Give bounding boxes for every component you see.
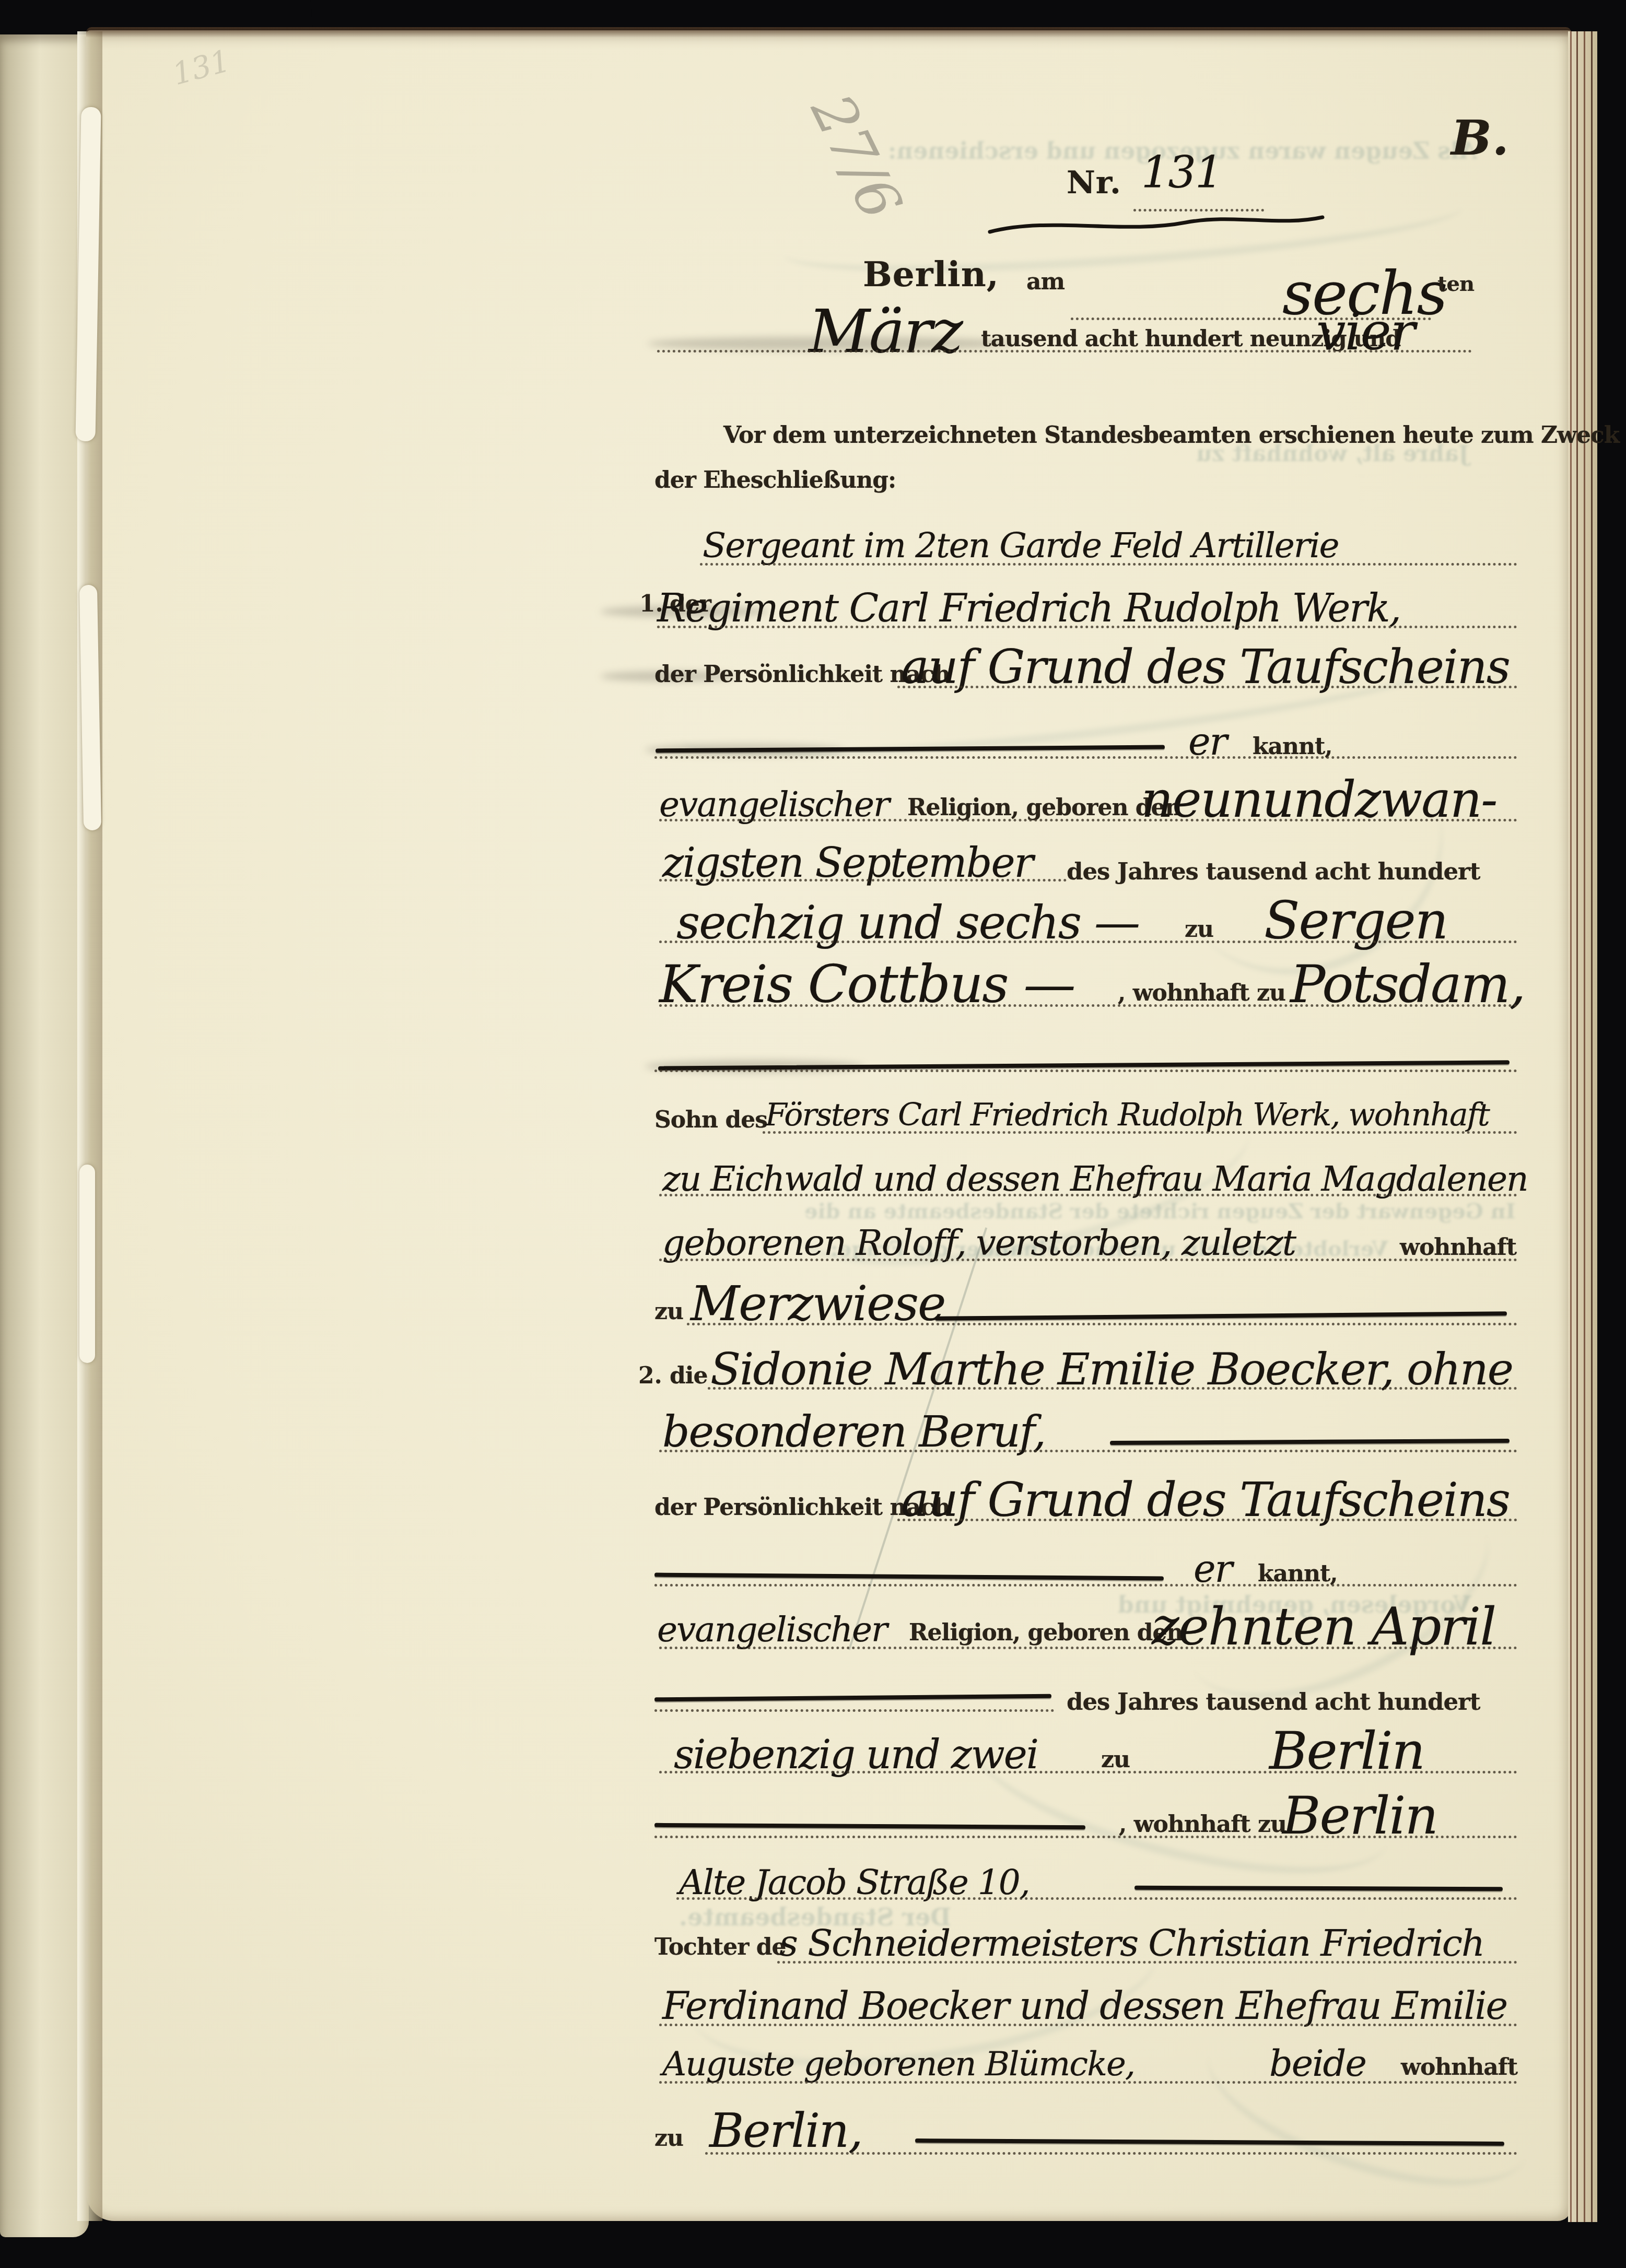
dotted-rule xyxy=(657,350,1472,352)
page-top-edge-shadow xyxy=(86,27,1571,38)
page-edge-line xyxy=(1584,31,1585,2222)
dotted-rule xyxy=(654,1070,1517,1072)
groom-birthday-handwritten: neunundzwan- xyxy=(1141,775,1496,825)
scanned-registry-page: { "colors":{"paper":"#f0ead0","ink":"#17… xyxy=(0,0,1626,2268)
corner-letter: B. xyxy=(1451,114,1510,162)
wohnhaft-zu-label: , wohnhaft zu xyxy=(1118,982,1285,1005)
er-handwritten: er xyxy=(1194,1550,1232,1588)
bride-parents-place-handwritten: Berlin, xyxy=(709,2108,862,2155)
scan-right-band xyxy=(1596,0,1626,2268)
dotted-rule xyxy=(659,819,1517,821)
day-suffix-label: ten xyxy=(1437,274,1474,295)
des-jahres-label: des Jahres tausend acht hundert xyxy=(1067,1690,1480,1713)
dotted-rule xyxy=(657,626,1517,628)
groom-district-handwritten: Kreis Cottbus — xyxy=(659,958,1074,1010)
nr-label: Nr. xyxy=(1067,167,1121,198)
flourish-underline xyxy=(987,210,1327,237)
groom-father-handwritten: Försters Carl Friedrich Rudolph Werk, wo… xyxy=(765,1099,1489,1131)
dotted-rule xyxy=(705,2152,1517,2155)
page-edge-line xyxy=(1570,31,1572,2222)
dotted-rule xyxy=(687,1323,1517,1325)
dotted-rule xyxy=(659,2081,1517,2084)
bride-birthyear-handwritten: siebenzig und zwei xyxy=(674,1735,1038,1775)
page-edge-line xyxy=(1591,31,1593,2222)
groom-residence-handwritten: Potsdam, xyxy=(1290,958,1525,1010)
religion-geboren-label: Religion, geboren den xyxy=(909,1621,1183,1644)
groom-occupation-handwritten: Sergeant im 2ten Garde Feld Artillerie xyxy=(703,528,1339,563)
zu-label: zu xyxy=(1101,1748,1130,1771)
wohnhaft-zu-label: , wohnhaft zu xyxy=(1119,1813,1286,1836)
groom-mother-handwritten: geborenen Roloff, verstorben, zuletzt xyxy=(662,1226,1295,1261)
sohn-des-label: Sohn des xyxy=(654,1109,767,1132)
month-handwritten: März xyxy=(809,302,962,362)
am-label: am xyxy=(1026,271,1064,293)
bride-residence-handwritten: Berlin xyxy=(1282,1790,1437,1842)
dotted-rule xyxy=(763,1131,1517,1134)
scan-bottom-band xyxy=(0,2219,1626,2268)
item-number-2: 2. xyxy=(638,1365,662,1388)
dotted-rule xyxy=(777,1961,1517,1964)
groom-parents2-handwritten: zu Eichwald und dessen Ehefrau Maria Mag… xyxy=(662,1162,1528,1196)
bride-name-handwritten: Sidonie Marthe Emilie Boecker, ohne xyxy=(710,1347,1513,1392)
nr-value-handwritten: 131 xyxy=(1141,150,1222,194)
dotted-rule xyxy=(659,1259,1517,1261)
dotted-rule xyxy=(659,941,1517,943)
religion-geboren-label: Religion, geboren den xyxy=(907,796,1182,819)
dotted-rule xyxy=(659,2024,1517,2026)
bride-street-handwritten: Alte Jacob Straße 10, xyxy=(679,1865,1030,1900)
dotted-rule xyxy=(659,1194,1517,1196)
dotted-rule xyxy=(897,1519,1517,1521)
kannt-label: kannt, xyxy=(1258,1562,1338,1585)
wohnhaft-label: wohnhaft xyxy=(1401,2056,1517,2079)
dotted-rule xyxy=(654,756,1517,759)
previous-page-edge xyxy=(0,34,89,2237)
kannt-label: kannt, xyxy=(1253,735,1332,758)
city-label: Berlin, xyxy=(863,257,999,291)
torn-paper-patch xyxy=(79,1165,95,1363)
article-label: die xyxy=(670,1365,707,1388)
zu-label: zu xyxy=(654,1300,683,1323)
bride-mother-handwritten: Auguste geborenen Blümcke, xyxy=(662,2048,1134,2081)
bride-occupation-handwritten: besonderen Beruf, xyxy=(662,1411,1045,1454)
er-handwritten: er xyxy=(1188,723,1226,760)
dotted-rule xyxy=(676,1897,1517,1900)
groom-parents-place-handwritten: Merzwiese xyxy=(691,1280,945,1328)
intro-line-2: der Eheschließung: xyxy=(654,469,896,492)
bride-birthplace-handwritten: Berlin xyxy=(1269,1725,1424,1777)
dotted-rule xyxy=(659,1450,1517,1452)
groom-birthyear-handwritten: sechzig und sechs — xyxy=(676,900,1139,946)
beide-handwritten: beide xyxy=(1269,2045,1366,2082)
des-jahres-label: des Jahres tausend acht hundert xyxy=(1067,860,1480,883)
dotted-rule xyxy=(708,1387,1517,1390)
tochter-des-label: Tochter de xyxy=(654,1936,786,1959)
bride-birthday-handwritten: zehnten April xyxy=(1152,1601,1495,1653)
dotted-rule xyxy=(654,1836,1517,1838)
groom-name-handwritten: Regiment Carl Friedrich Rudolph Werk, xyxy=(657,589,1400,628)
groom-birthplace-handwritten: Sergen xyxy=(1264,895,1447,947)
dotted-rule xyxy=(654,1709,1054,1712)
zu-label: zu xyxy=(1185,918,1213,941)
dotted-rule xyxy=(700,563,1517,566)
dotted-rule xyxy=(659,1647,1517,1649)
dotted-rule xyxy=(659,879,1067,882)
zu-label: zu xyxy=(654,2127,683,2150)
page-block-edges xyxy=(1568,31,1597,2222)
dotted-rule xyxy=(659,1771,1517,1773)
bride-parents2-handwritten: Ferdinand Boecker und dessen Ehefrau Emi… xyxy=(662,1987,1507,2025)
dotted-rule xyxy=(654,1584,1517,1587)
page-edge-line xyxy=(1576,31,1578,2222)
groom-birthday2-handwritten: zigsten September xyxy=(662,843,1033,884)
groom-religion-handwritten: evangelischer xyxy=(659,788,889,822)
identity-proof-handwritten: auf Grund des Taufscheins xyxy=(901,644,1510,691)
dotted-rule xyxy=(897,686,1517,688)
intro-line-1: Vor dem unterzeichneten Standesbeamten e… xyxy=(723,424,1619,447)
bride-religion-handwritten: evangelischer xyxy=(657,1613,887,1647)
bride-father-handwritten: s Schneidermeisters Christian Friedrich xyxy=(779,1925,1484,1961)
identity-proof-handwritten: auf Grund des Taufscheins xyxy=(901,1477,1510,1524)
dotted-rule xyxy=(659,1004,1517,1007)
wohnhaft-label: wohnhaft xyxy=(1400,1236,1516,1259)
